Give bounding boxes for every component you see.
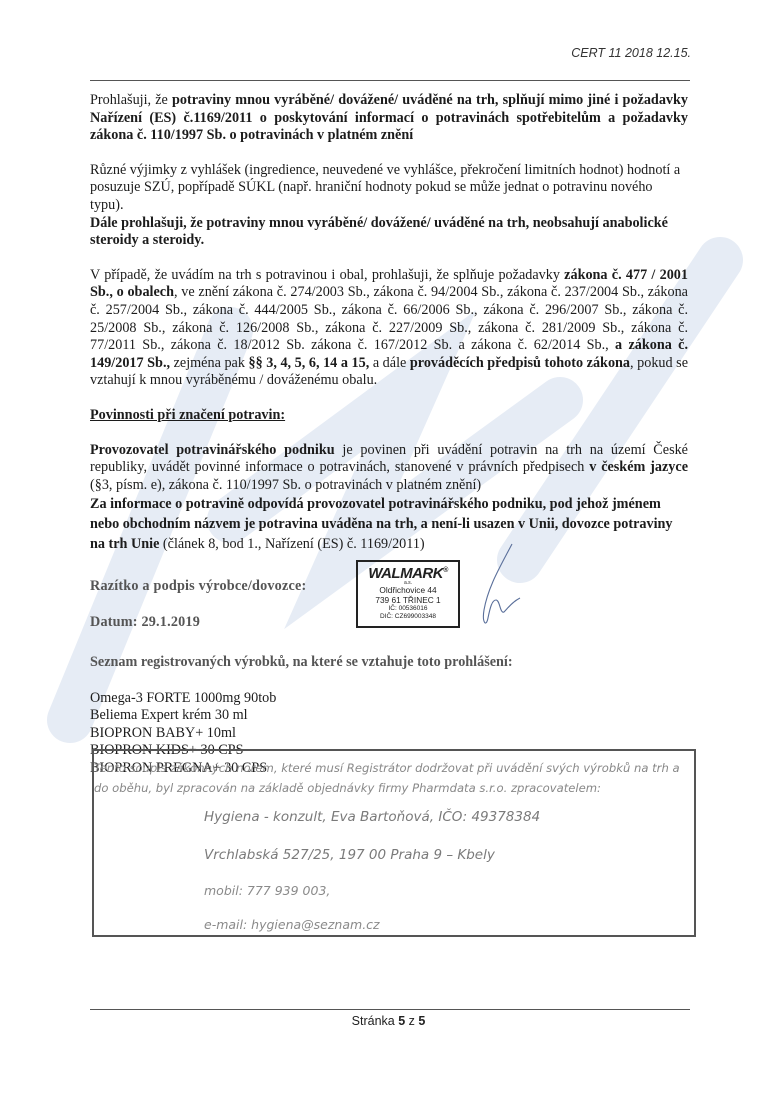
processor-phone: mobil: 777 939 003, <box>204 883 330 898</box>
footer-divider <box>90 1009 690 1010</box>
stamp-logo: WALMARK® <box>358 563 458 581</box>
exceptions-paragraph: Různé výjimky z vyhlášek (ingredience, n… <box>90 162 688 250</box>
products-heading: Seznam registrovaných výrobků, na které … <box>90 654 688 672</box>
processor-address: Vrchlabská 527/25, 197 00 Praha 9 – Kbel… <box>204 847 495 863</box>
product-item: BIOPRON BABY+ 10ml <box>90 725 688 743</box>
processor-email: e-mail: hygiena@seznam.cz <box>204 917 380 932</box>
page-number: Stránka 5 z 5 <box>0 1014 777 1028</box>
product-item: Beliema Expert krém 30 ml <box>90 707 688 725</box>
document-body: Prohlašuji, že potraviny mnou vyráběné/ … <box>90 92 688 777</box>
product-item: Omega-3 FORTE 1000mg 90tob <box>90 690 688 708</box>
declaration-paragraph: Prohlašuji, že potraviny mnou vyráběné/ … <box>90 92 688 145</box>
processor-name: Hygiena - konzult, Eva Bartoňová, IČO: 4… <box>204 809 540 825</box>
signature-icon <box>460 542 550 632</box>
date-label: Datum: 29.1.2019 <box>90 614 200 632</box>
processor-info-box: Tento soupis zákonných norem, které musí… <box>92 749 696 937</box>
packaging-paragraph: V případě, že uvádím na trh s potravinou… <box>90 267 688 390</box>
processor-intro: Tento soupis zákonných norem, které musí… <box>94 758 690 798</box>
document-reference: CERT 11 2018 12.15. <box>571 46 691 60</box>
signature-block: Razítko a podpis výrobce/dovozce: Datum:… <box>90 554 688 642</box>
labeling-paragraph: Provozovatel potravinářského podniku je … <box>90 442 688 495</box>
header-divider <box>90 80 690 81</box>
stamp-label: Razítko a podpis výrobce/dovozce: <box>90 578 306 596</box>
labeling-heading: Povinnosti při značení potravin: <box>90 407 688 425</box>
responsibility-paragraph: Za informace o potravině odpovídá provoz… <box>90 494 688 554</box>
company-stamp: WALMARK® a.s. Oldřichovice 44 739 61 TŘI… <box>356 560 460 628</box>
